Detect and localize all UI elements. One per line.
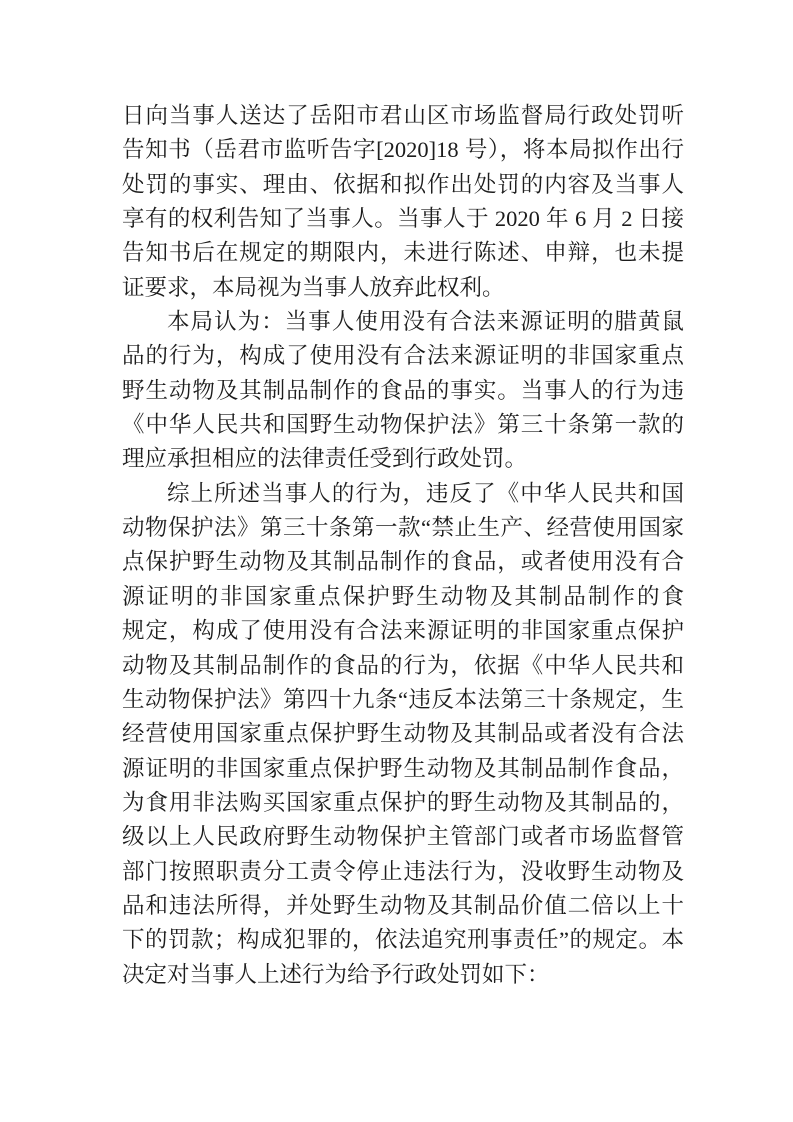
- document-line: 点保护野生动物及其制品制作的食品，或者使用没有合法来: [122, 545, 684, 579]
- document-line: 日向当事人送达了岳阳市君山区市场监督局行政处罚听证: [122, 99, 684, 133]
- document-line: 享有的权利告知了当事人。当事人于 2020 年 6 月 2 日接到: [122, 202, 684, 236]
- document-line: 经营使用国家重点保护野生动物及其制品或者没有合法来: [122, 717, 684, 751]
- document-body: 日向当事人送达了岳阳市君山区市场监督局行政处罚听证 告知书（岳君市监听告字[20…: [122, 99, 684, 992]
- document-line: 源证明的非国家重点保护野生动物及其制品制作食品，或者: [122, 752, 684, 786]
- document-line: 理应承担相应的法律责任受到行政处罚。: [122, 442, 684, 476]
- document-line: 处罚的事实、理由、依据和拟作出处罚的内容及当事人依法: [122, 168, 684, 202]
- document-line: 证要求，本局视为当事人放弃此权利。: [122, 271, 684, 305]
- document-line: 动物保护法》第三十条第一款“禁止生产、经营使用国家重: [122, 511, 684, 545]
- document-line: 动物及其制品制作的食品的行为，依据《中华人民共和国野: [122, 649, 684, 683]
- document-line: 告知书（岳君市监听告字[2020]18 号），将本局拟作出行政: [122, 133, 684, 167]
- document-line: 生动物保护法》第四十九条“违反本法第三十条规定，生产、: [122, 683, 684, 717]
- document-line: 综上所述当事人的行为，违反了《中华人民共和国野生: [122, 477, 684, 511]
- document-page: 日向当事人送达了岳阳市君山区市场监督局行政处罚听证 告知书（岳君市监听告字[20…: [0, 0, 793, 1122]
- document-line: 下的罚款；构成犯罪的，依法追究刑事责任”的规定。本局: [122, 923, 684, 957]
- document-line: 级以上人民政府野生动物保护主管部门或者市场监督管理: [122, 820, 684, 854]
- document-line: 《中华人民共和国野生动物保护法》第三十条第一款的规定，: [122, 408, 684, 442]
- paragraph-conclusion: 综上所述当事人的行为，违反了《中华人民共和国野生 动物保护法》第三十条第一款“禁…: [122, 477, 684, 992]
- paragraph-bureau-opinion: 本局认为：当事人使用没有合法来源证明的腊黄鼠狼制 品的行为，构成了使用没有合法来…: [122, 305, 684, 477]
- document-line: 规定，构成了使用没有合法来源证明的非国家重点保护野生: [122, 614, 684, 648]
- document-line: 源证明的非国家重点保护野生动物及其制品制作的食品”的: [122, 580, 684, 614]
- document-line: 为食用非法购买国家重点保护的野生动物及其制品的，由县: [122, 786, 684, 820]
- document-line: 本局认为：当事人使用没有合法来源证明的腊黄鼠狼制: [122, 305, 684, 339]
- paragraph-notification: 日向当事人送达了岳阳市君山区市场监督局行政处罚听证 告知书（岳君市监听告字[20…: [122, 99, 684, 305]
- document-line: 野生动物及其制品制作的食品的事实。当事人的行为违反了: [122, 374, 684, 408]
- document-line: 品和违法所得，并处野生动物及其制品价值二倍以上十倍以: [122, 889, 684, 923]
- document-line: 决定对当事人上述行为给予行政处罚如下：: [122, 958, 684, 992]
- document-line: 告知书后在规定的期限内，未进行陈述、申辩，也未提出听: [122, 236, 684, 270]
- document-line: 品的行为，构成了使用没有合法来源证明的非国家重点保护: [122, 339, 684, 373]
- document-line: 部门按照职责分工责令停止违法行为，没收野生动物及其制: [122, 855, 684, 889]
